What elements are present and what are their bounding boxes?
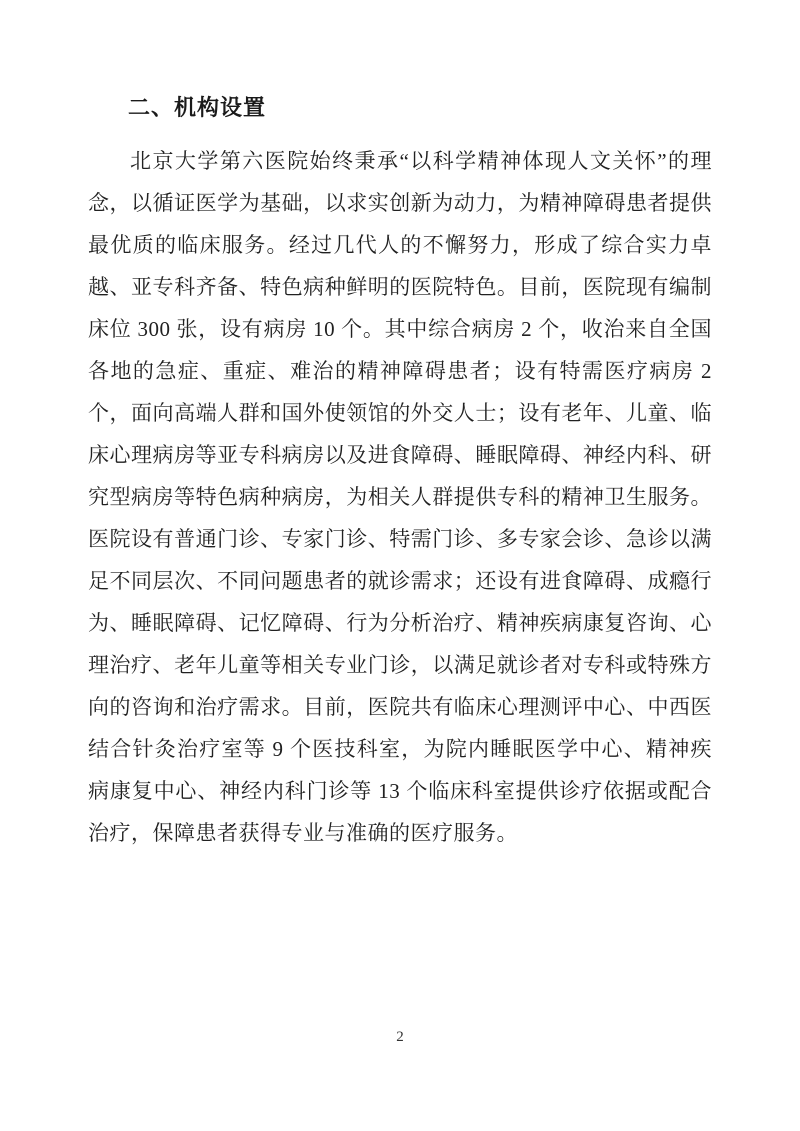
page-number: 2 bbox=[0, 1028, 800, 1046]
document-page: 二、机构设置 北京大学第六医院始终秉承“以科学精神体现人文关怀”的理念，以循证医… bbox=[0, 0, 800, 1131]
document-content: 二、机构设置 北京大学第六医院始终秉承“以科学精神体现人文关怀”的理念，以循证医… bbox=[88, 94, 712, 854]
body-paragraph: 北京大学第六医院始终秉承“以科学精神体现人文关怀”的理念，以循证医学为基础，以求… bbox=[88, 140, 712, 854]
section-heading: 二、机构设置 bbox=[88, 94, 712, 122]
